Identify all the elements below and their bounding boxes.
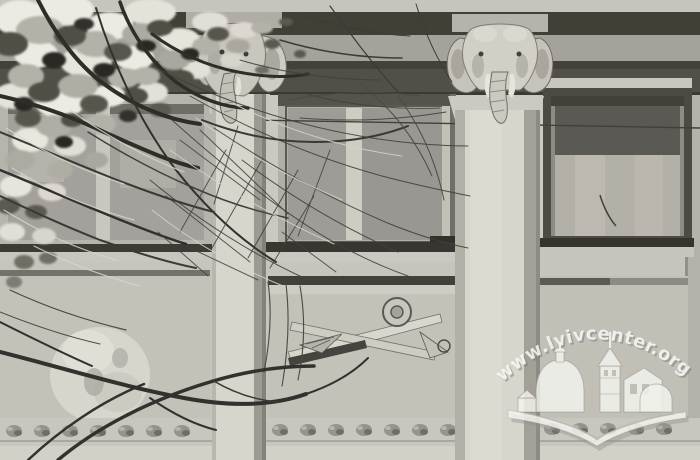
photo-canvas: www.lvivcenter.org www.lvivcenter.org (0, 0, 700, 460)
photograph: www.lvivcenter.org www.lvivcenter.org (0, 0, 700, 460)
photo-tone (0, 0, 700, 460)
